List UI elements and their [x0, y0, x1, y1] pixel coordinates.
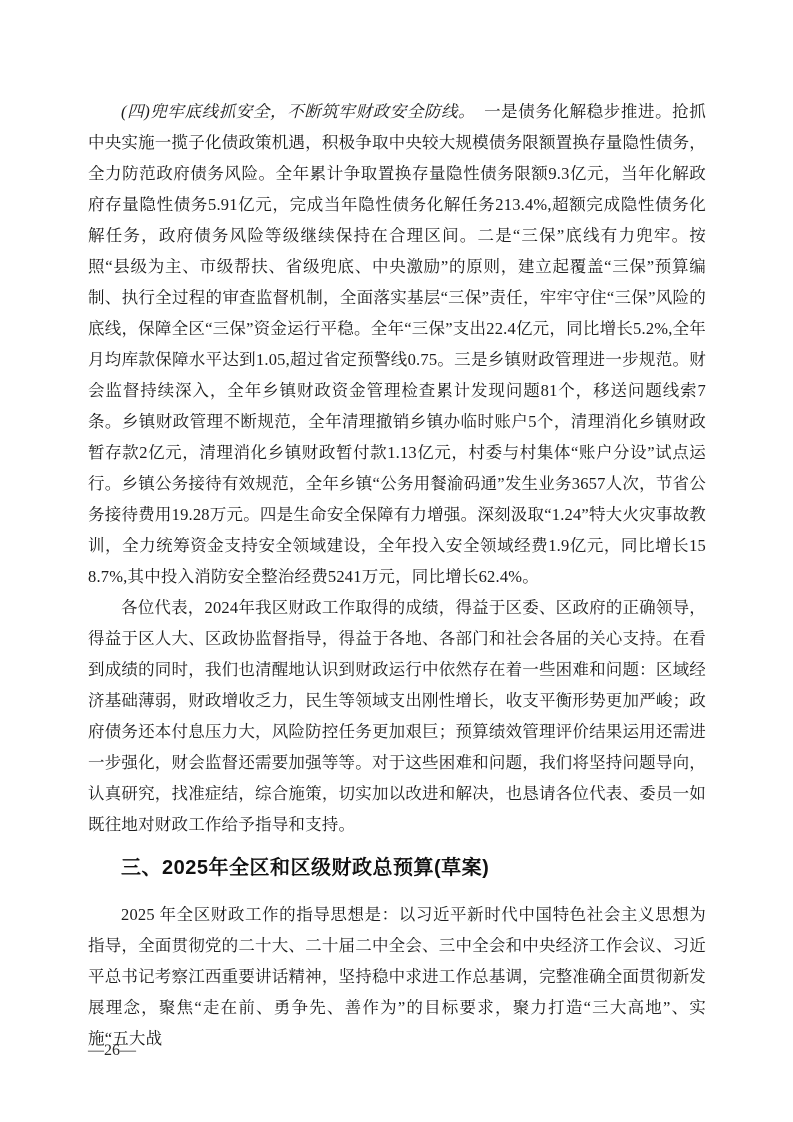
paragraph-guiding-ideology: 2025 年全区财政工作的指导思想是：以习近平新时代中国特色社会主义思想为指导，…	[88, 899, 706, 1054]
paragraph-summary: 各位代表，2024年我区财政工作取得的成绩，得益于区委、区政府的正确领导，得益于…	[88, 592, 706, 840]
document-page: (四)兜牢底线抓安全，不断筑牢财政安全防线。 一是债务化解稳步推进。抢抓中央实施…	[0, 0, 793, 1122]
section-four-lead: (四)兜牢底线抓安全，不断筑牢财政安全防线。	[121, 102, 467, 121]
section-three-heading: 三、2025年全区和区级财政总预算(草案)	[88, 853, 706, 883]
section-four-text: 一是债务化解稳步推进。抢抓中央实施一揽子化债政策机遇，积极争取中央较大规模债务限…	[88, 102, 706, 586]
page-number: —26—	[88, 1041, 136, 1061]
paragraph-section-four: (四)兜牢底线抓安全，不断筑牢财政安全防线。 一是债务化解稳步推进。抢抓中央实施…	[88, 96, 706, 592]
document-body: (四)兜牢底线抓安全，不断筑牢财政安全防线。 一是债务化解稳步推进。抢抓中央实施…	[88, 96, 706, 1054]
